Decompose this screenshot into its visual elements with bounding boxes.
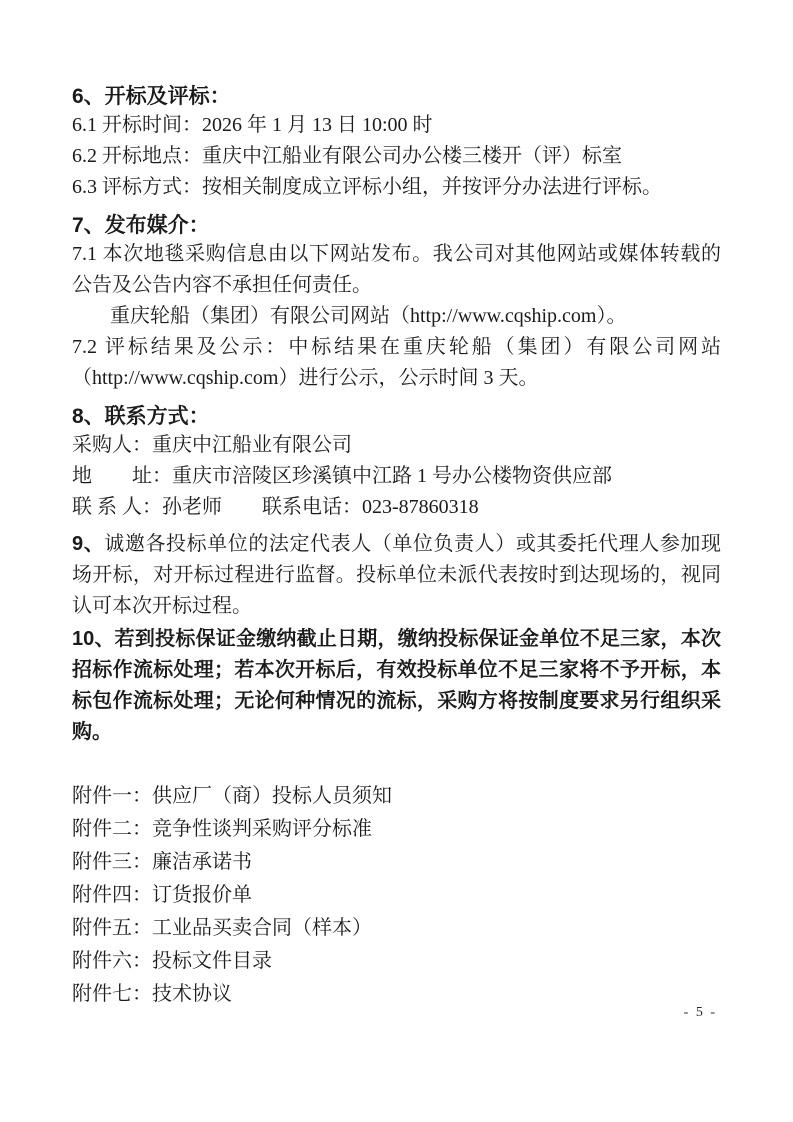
attachment-item-1: 附件一：供应厂（商）投标人员须知 xyxy=(72,780,721,813)
section-8-address-line: 地 址：重庆市涪陵区珍溪镇中江路 1 号办公楼物资供应部 xyxy=(72,461,721,492)
attachment-item-5: 附件五：工业品买卖合同（样本） xyxy=(72,912,721,945)
section-9-text: 诚邀各投标单位的法定代表人（单位负责人）或其委托代理人参加现场开标，对开标过程进… xyxy=(72,533,721,617)
attachment-item-2: 附件二：竞争性谈判采购评分标准 xyxy=(72,813,721,846)
section-8-contact-line: 联 系 人：孙老师 联系电话：023-87860318 xyxy=(72,492,721,523)
attachment-item-7: 附件七：技术协议 xyxy=(72,978,721,1011)
section-7-paragraph-2: 7.2 评标结果及公示：中标结果在重庆轮船（集团）有限公司网站（http://w… xyxy=(72,332,721,394)
section-9-paragraph: 9、诚邀各投标单位的法定代表人（单位负责人）或其委托代理人参加现场开标，对开标过… xyxy=(72,529,721,622)
attachments-list: 附件一：供应厂（商）投标人员须知 附件二：竞争性谈判采购评分标准 附件三：廉洁承… xyxy=(72,780,721,1011)
attachment-item-4: 附件四：订货报价单 xyxy=(72,879,721,912)
section-9-number: 9、 xyxy=(72,533,104,555)
section-8-heading: 8、联系方式： xyxy=(72,404,721,430)
section-7-heading: 7、发布媒介： xyxy=(72,213,721,239)
section-10-paragraph: 10、若到投标保证金缴纳截止日期，缴纳投标保证金单位不足三家，本次招标作流标处理… xyxy=(72,624,721,748)
section-6-item-open-place: 6.2 开标地点：重庆中江船业有限公司办公楼三楼开（评）标室 xyxy=(72,141,721,172)
page-number: - 5 - xyxy=(684,1004,717,1022)
section-6-heading: 6、开标及评标： xyxy=(72,84,721,110)
section-6-item-eval-method: 6.3 评标方式：按相关制度成立评标小组，并按评分办法进行评标。 xyxy=(72,172,721,203)
section-7-website-line: 重庆轮船（集团）有限公司网站（http://www.cqship.com）。 xyxy=(72,301,721,332)
section-7-paragraph-1: 7.1 本次地毯采购信息由以下网站发布。我公司对其他网站或媒体转载的公告及公告内… xyxy=(72,239,721,301)
section-6-item-open-time: 6.1 开标时间：2026 年 1 月 13 日 10:00 时 xyxy=(72,110,721,141)
section-8-buyer-line: 采购人：重庆中江船业有限公司 xyxy=(72,430,721,461)
attachment-item-3: 附件三：廉洁承诺书 xyxy=(72,846,721,879)
attachment-item-6: 附件六：投标文件目录 xyxy=(72,945,721,978)
document-content: 6、开标及评标： 6.1 开标时间：2026 年 1 月 13 日 10:00 … xyxy=(72,84,721,1011)
document-page: 6、开标及评标： 6.1 开标时间：2026 年 1 月 13 日 10:00 … xyxy=(0,0,793,1122)
